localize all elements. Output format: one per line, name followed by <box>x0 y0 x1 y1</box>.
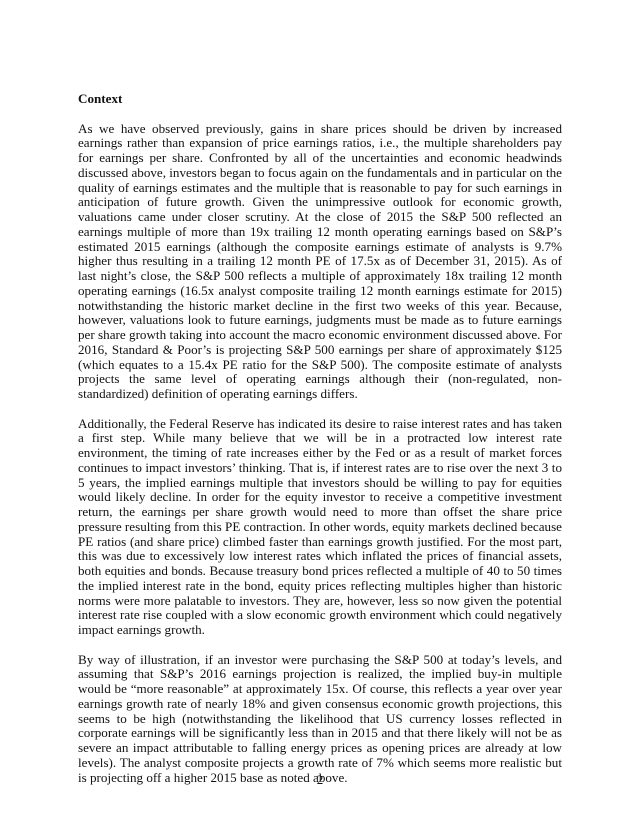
paragraph-illustration: By way of illustration, if an investor w… <box>78 653 562 786</box>
page-number: 2 <box>0 772 640 788</box>
page-content: Context As we have observed previously, … <box>78 92 562 800</box>
paragraph-interest-rates: Additionally, the Federal Reserve has in… <box>78 417 562 638</box>
section-heading: Context <box>78 92 562 107</box>
paragraph-valuation: As we have observed previously, gains in… <box>78 122 562 402</box>
document-page: Context As we have observed previously, … <box>0 0 640 828</box>
